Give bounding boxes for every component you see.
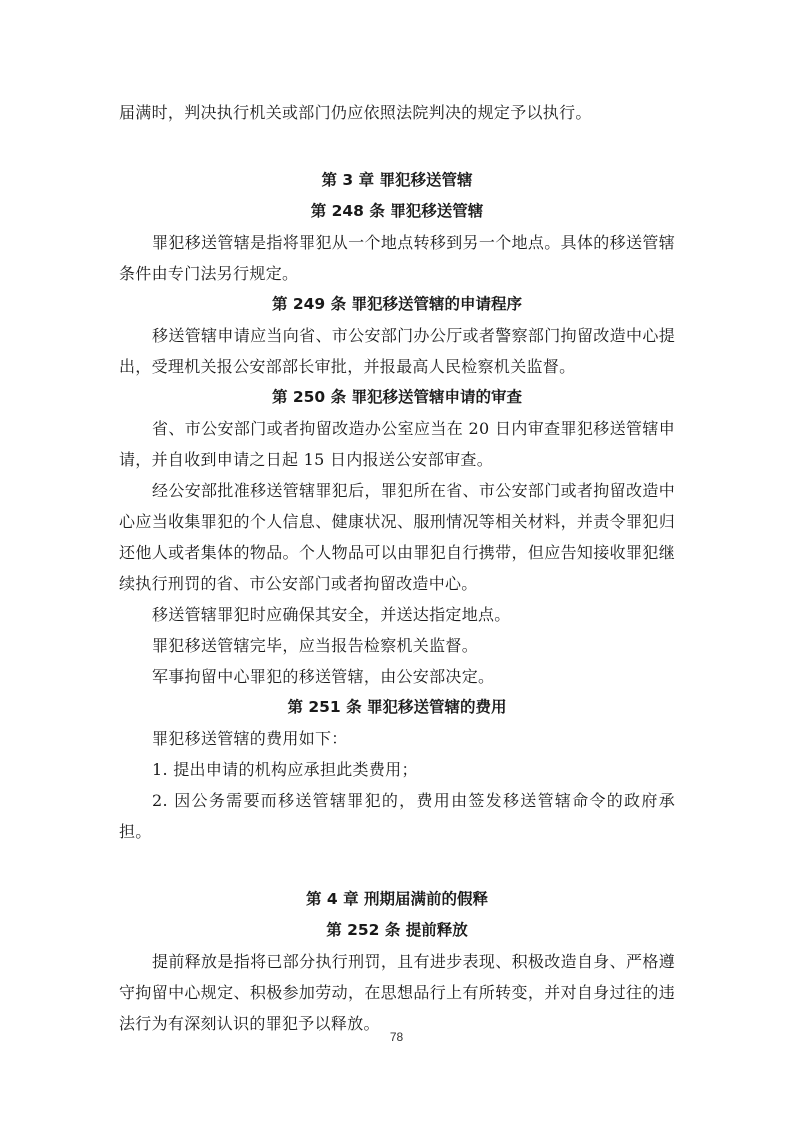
article-heading-251: 第 251 条 罪犯移送管辖的费用 [119, 692, 675, 723]
chapter-heading-4: 第 4 章 刑期届满前的假释 [119, 884, 675, 915]
paragraph: 罪犯移送管辖完毕，应当报告检察机关监督。 [119, 630, 675, 661]
article-heading-249: 第 249 条 罪犯移送管辖的申请程序 [119, 289, 675, 320]
paragraph-continuation: 届满时，判决执行机关或部门仍应依照法院判决的规定予以执行。 [119, 97, 675, 128]
list-item: 1. 提出申请的机构应承担此类费用； [119, 754, 675, 785]
paragraph: 省、市公安部门或者拘留改造办公室应当在 20 日内审查罪犯移送管辖申请，并自收到… [119, 413, 675, 475]
paragraph: 提前释放是指将已部分执行刑罚，且有进步表现、积极改造自身、严格遵守拘留中心规定、… [119, 946, 675, 1039]
paragraph: 移送管辖罪犯时应确保其安全，并送达指定地点。 [119, 599, 675, 630]
list-item: 2. 因公务需要而移送管辖罪犯的，费用由签发移送管辖命令的政府承担。 [119, 785, 675, 847]
article-heading-248: 第 248 条 罪犯移送管辖 [119, 196, 675, 227]
paragraph: 军事拘留中心罪犯的移送管辖，由公安部决定。 [119, 661, 675, 692]
article-heading-252: 第 252 条 提前释放 [119, 915, 675, 946]
article-heading-250: 第 250 条 罪犯移送管辖申请的审查 [119, 382, 675, 413]
section-gap [119, 128, 675, 165]
chapter-heading-3: 第 3 章 罪犯移送管辖 [119, 165, 675, 196]
document-page: 届满时，判决执行机关或部门仍应依照法院判决的规定予以执行。 第 3 章 罪犯移送… [119, 97, 675, 1039]
section-gap [119, 847, 675, 884]
paragraph: 罪犯移送管辖的费用如下： [119, 723, 675, 754]
paragraph: 移送管辖申请应当向省、市公安部门办公厅或者警察部门拘留改造中心提出，受理机关报公… [119, 320, 675, 382]
paragraph: 罪犯移送管辖是指将罪犯从一个地点转移到另一个地点。具体的移送管辖条件由专门法另行… [119, 227, 675, 289]
paragraph: 经公安部批准移送管辖罪犯后，罪犯所在省、市公安部门或者拘留改造中心应当收集罪犯的… [119, 475, 675, 599]
page-number: 78 [0, 1030, 793, 1044]
